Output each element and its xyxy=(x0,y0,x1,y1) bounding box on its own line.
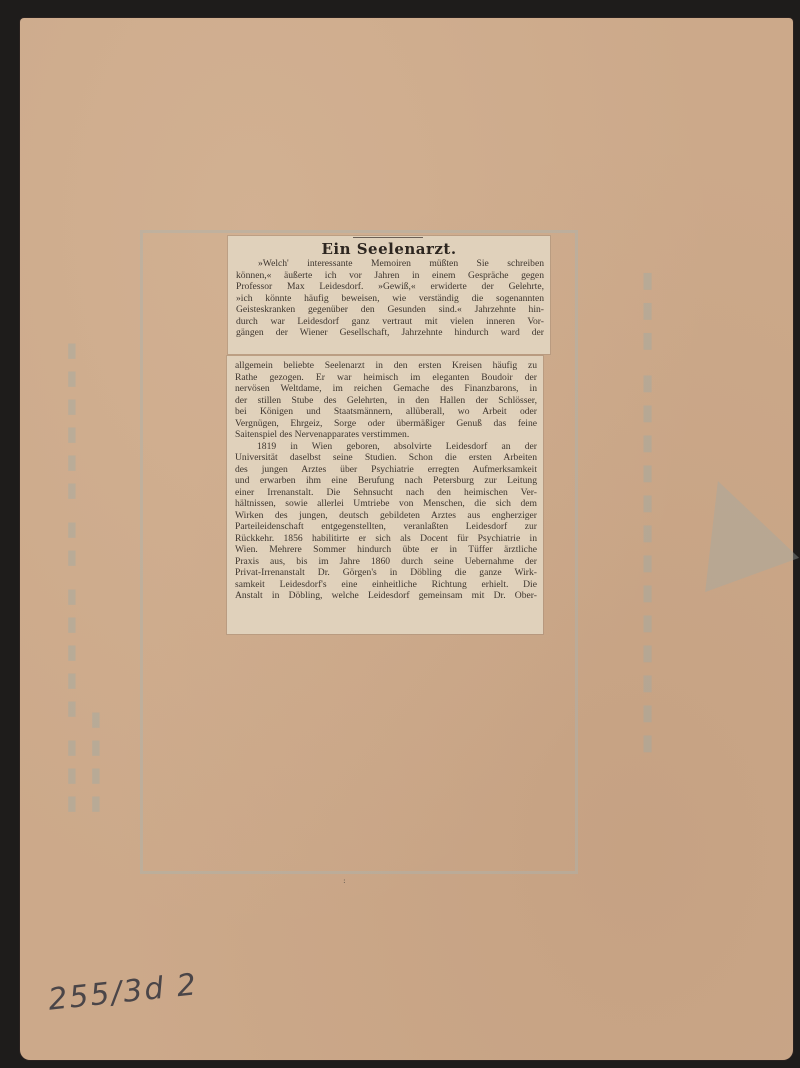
text-line: Geisteskranken gegenüber den Gesunden si… xyxy=(236,304,544,316)
text-line: Wirken des jungen, deutsch gebildeten Ar… xyxy=(235,510,537,522)
text-line: bei Königen und Staatsmännern, allüberal… xyxy=(235,406,537,418)
text-line: gängen der Wiener Gesellschaft, Jahrzehn… xyxy=(236,327,544,339)
text-line: Universität daselbst seine Studien. Scho… xyxy=(235,452,537,464)
text-line: durch war Leidesdorf ganz vertraut mit v… xyxy=(236,316,544,328)
text-line: Anstalt in Döbling, welche Leidesdorf ge… xyxy=(235,590,537,602)
clipping-body-1: »Welch' interessante Memoiren müßten Sie… xyxy=(228,258,550,339)
title-rule xyxy=(353,237,423,238)
text-line: einer Irrenanstalt. Die Sehnsucht nach d… xyxy=(235,487,537,499)
text-line: nervösen Weltdame, im reichen Gemache de… xyxy=(235,383,537,395)
clipping-body-2: allgemein beliebte Seelenarzt in den ers… xyxy=(227,356,543,602)
text-line: »Welch' interessante Memoiren müßten Sie… xyxy=(236,258,544,270)
text-line: des jungen Arztes über Psychiatrie erreg… xyxy=(235,464,537,476)
center-mark: : xyxy=(343,876,346,885)
text-line: hältnissen, sowie allerlei Umtriebe von … xyxy=(235,498,537,510)
text-line: allgemein beliebte Seelenarzt in den ers… xyxy=(235,360,537,372)
text-line: der stillen Stube des Gelehrten, in den … xyxy=(235,395,537,407)
ghost-print-text-right: ▮▮▮ ▮▮▮▮▮▮▮▮▮▮▮▮▮ xyxy=(620,268,660,828)
text-line: können,« äußerte ich vor Jahren in einem… xyxy=(236,270,544,282)
text-line: Wien. Mehrere Sommer hindurch übte er in… xyxy=(235,544,537,556)
clipping-part-1: Ein Seelenarzt. »Welch' interessante Mem… xyxy=(228,236,550,354)
clipping-part-2: allgemein beliebte Seelenarzt in den ers… xyxy=(227,356,543,634)
clipping-title: Ein Seelenarzt. xyxy=(228,240,550,258)
text-line: 1819 in Wien geboren, absolvirte Leidesd… xyxy=(235,441,537,453)
text-line: Rückkehr. 1856 habilitirte er sich als D… xyxy=(235,533,537,545)
ghost-eagle-emblem-icon xyxy=(671,464,799,592)
text-line: Saitenspiel des Nervenapparates verstimm… xyxy=(235,429,537,441)
text-line: Professor Max Leidesdorf. »Gewiß,« erwid… xyxy=(236,281,544,293)
text-line: Rathe gezogen. Er war heimisch im elegan… xyxy=(235,372,537,384)
text-line: und erwarben ihm eine Berufung nach Pete… xyxy=(235,475,537,487)
text-line: Praxis aus, bis im Jahre 1860 durch sein… xyxy=(235,556,537,568)
ghost-print-text-left: ▮▮▮ ▮▮▮▮▮ ▮▮ ▮▮▮▮▮▮ ▮▮▮▮ xyxy=(60,268,120,818)
text-line: samkeit Leidesdorf's eine einheitliche R… xyxy=(235,579,537,591)
text-line: »ich könnte häufig beweisen, wie verstän… xyxy=(236,293,544,305)
text-line: Vergnügen, Ehrgeiz, Sorge oder übermäßig… xyxy=(235,418,537,430)
text-line: Parteileidenschaft entgegenstellten, ver… xyxy=(235,521,537,533)
text-line: Privat-Irrenanstalt Dr. Görgen's in Döbl… xyxy=(235,567,537,579)
